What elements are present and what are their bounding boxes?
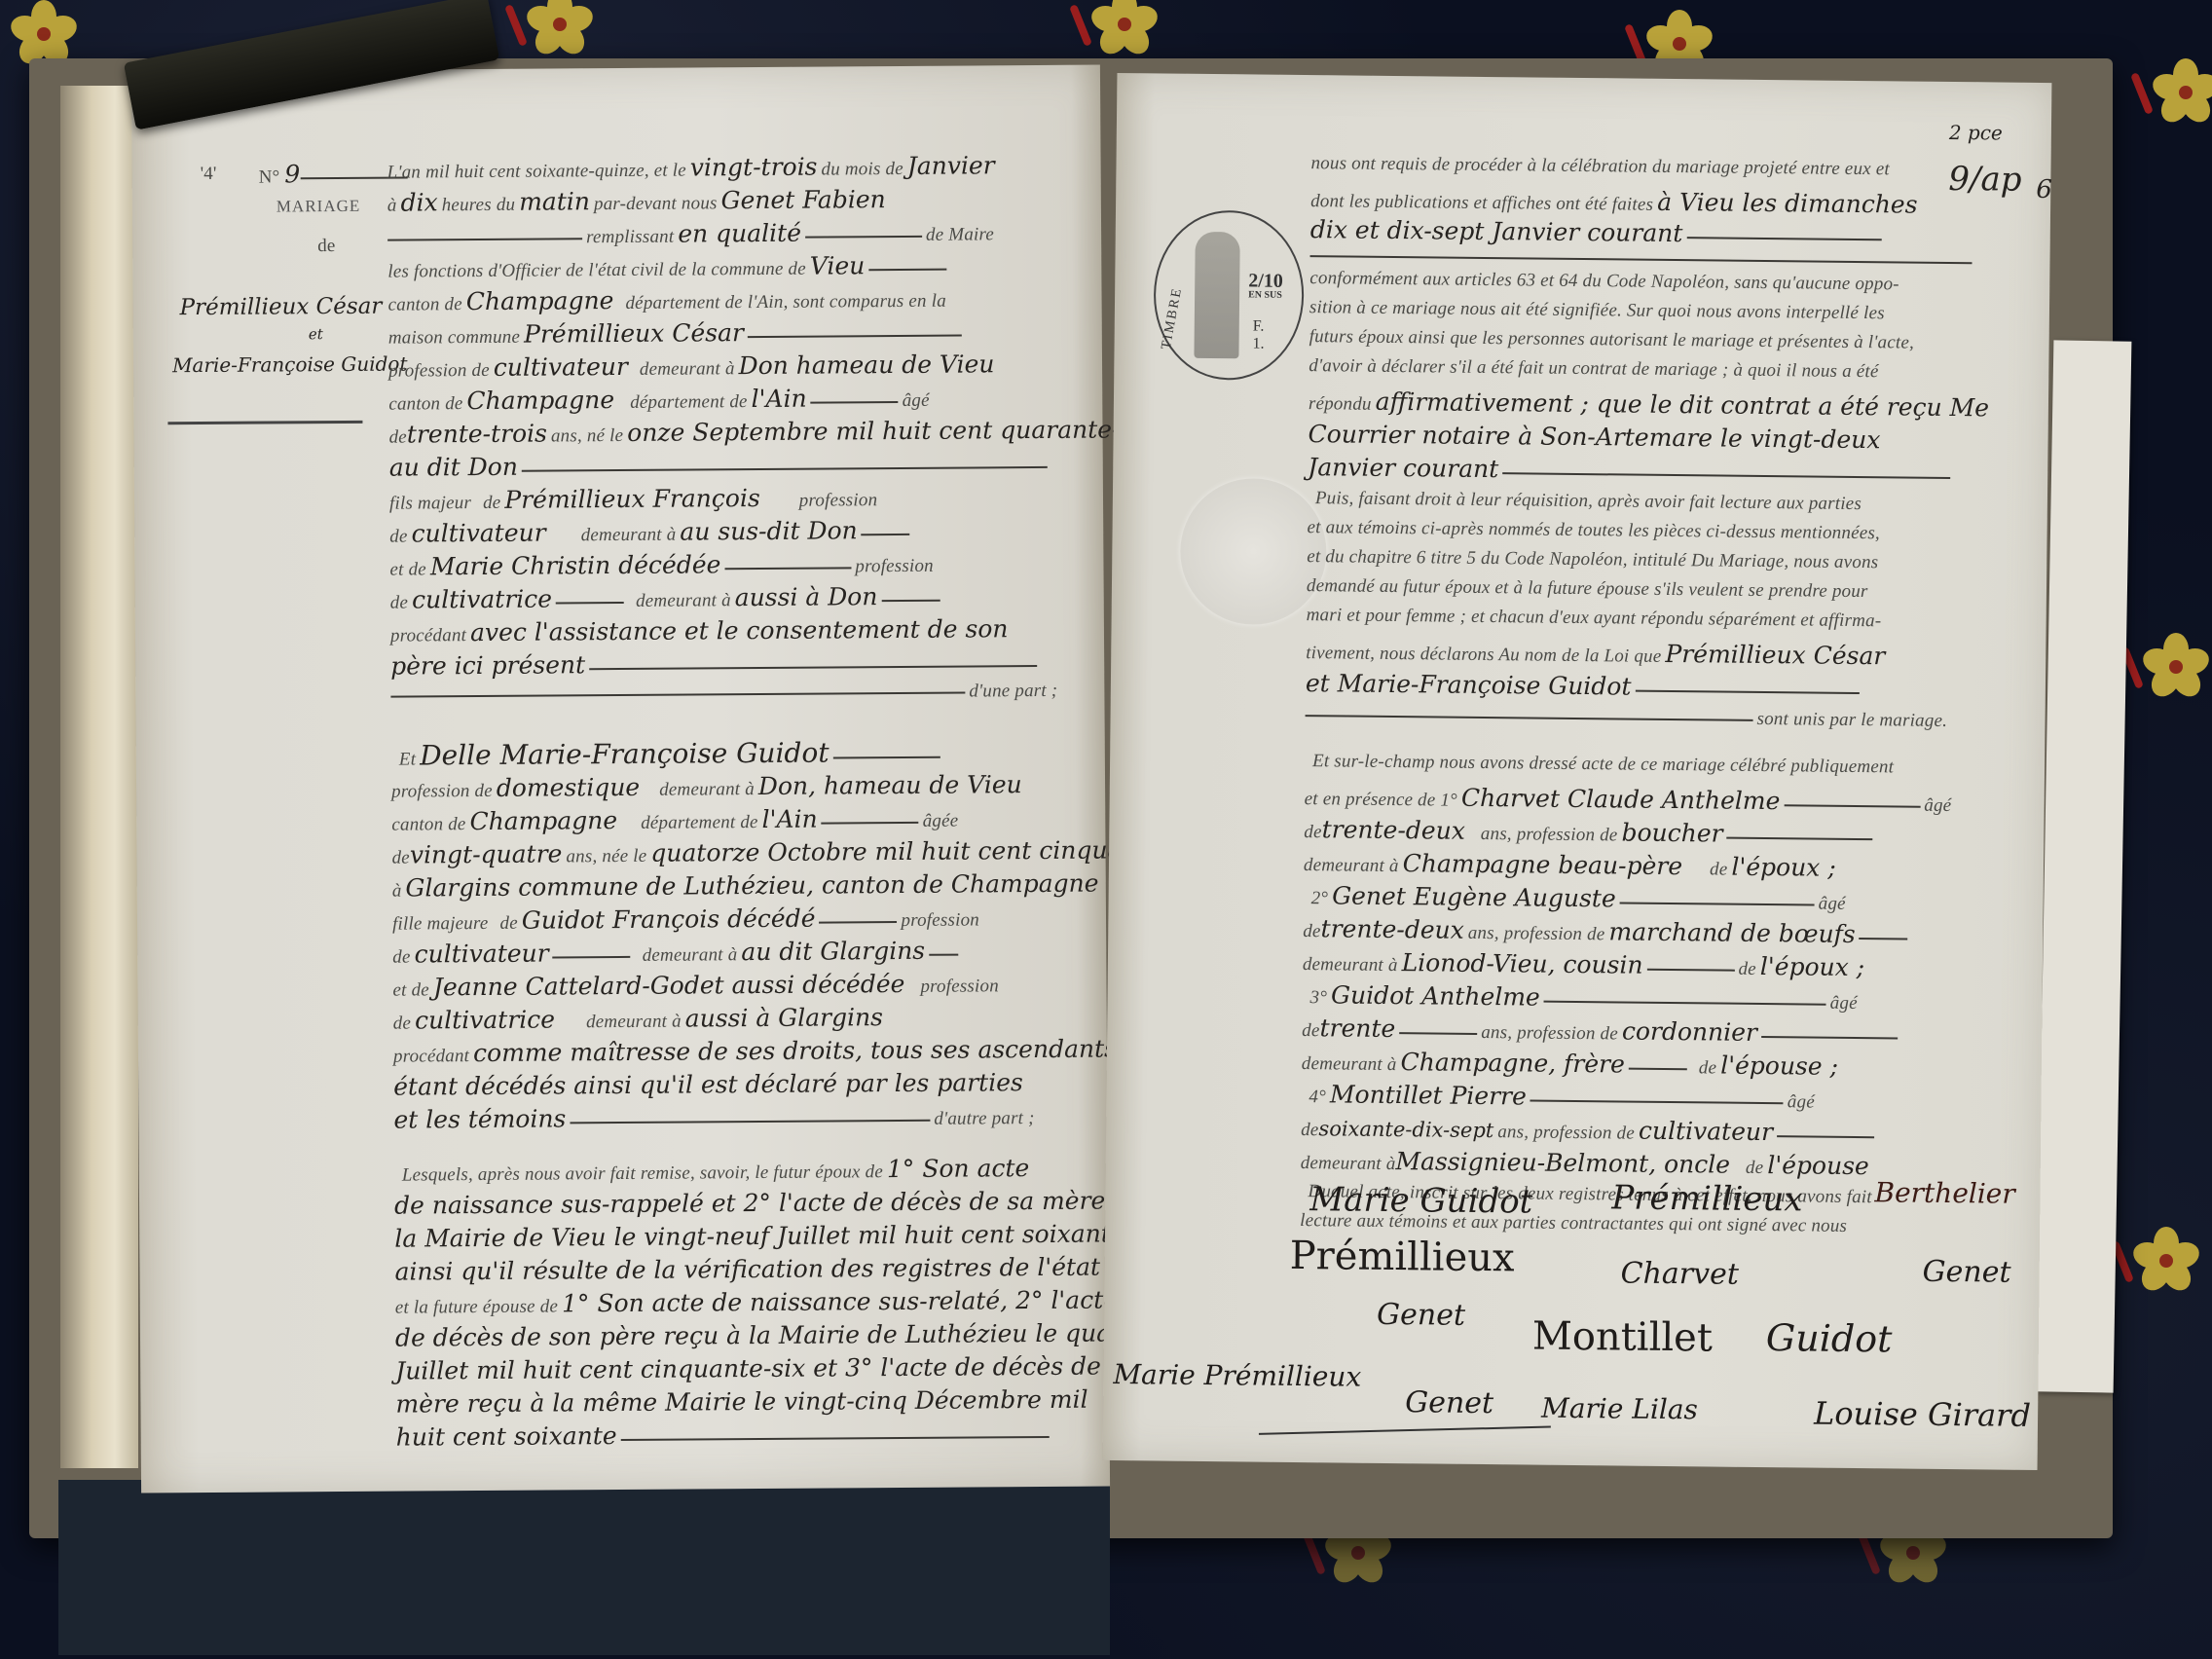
body-line: répondu affirmativement ; que le dit con…: [1309, 387, 1989, 422]
fabric-flower-icon: [526, 0, 594, 58]
body-line: les fonctions d'Officier de l'état civil…: [387, 251, 946, 283]
body-line: de cultivatrice demeurant à aussi à Glar…: [393, 1003, 883, 1035]
body-line: futurs époux ainsi que les personnes aut…: [1309, 326, 1915, 354]
body-line: Juillet mil huit cent cinquante-six et 3…: [395, 1351, 1135, 1384]
body-line: sont unis par le mariage.: [1305, 704, 1947, 732]
witness-line: demeurant àMassignieu-Belmont, oncle de …: [1301, 1146, 1869, 1180]
signature: Louise Girard: [1814, 1395, 2031, 1434]
record-number-label: N° 9: [259, 160, 408, 189]
body-line: L'an mil huit cent soixante-quinze, et l…: [387, 151, 995, 183]
witness-line: desoixante-dix-sept ans, profession de c…: [1301, 1113, 1874, 1147]
margin-divider: [167, 421, 362, 424]
left-page-body: L'an mil huit cent soixante-quinze, et l…: [387, 151, 1069, 156]
fabric-flower-icon: [2132, 1227, 2200, 1295]
body-line: procédant avec l'assistance et le consen…: [390, 614, 1009, 646]
embossed-seal: [1180, 478, 1328, 626]
body-line: père ici présent: [390, 647, 1037, 681]
folio-mark: 9/ap: [1948, 160, 2022, 200]
body-line: étant décédés ainsi qu'il est déclaré pa…: [393, 1068, 1023, 1101]
witness-line: detrente-deux ans, profession de marchan…: [1303, 914, 1908, 949]
body-line: et Marie-Françoise Guidot: [1306, 669, 1860, 703]
body-line: d'avoir à déclarer s'il a été fait un co…: [1309, 355, 1878, 383]
body-line: devingt-quatre ans, née le quatorze Octo…: [391, 835, 1161, 869]
body-line: Puis, faisant droit à leur réquisition, …: [1308, 488, 1862, 515]
body-line: et la future épouse de 1° Son acte de na…: [395, 1285, 1118, 1318]
body-line: canton de Champagne département de l'Ain…: [391, 804, 958, 836]
body-line: et de Marie Christin décédée profession: [389, 549, 934, 581]
folio-mark: 2 pce: [1949, 121, 2003, 145]
body-line: et de Jeanne Cattelard-Godet aussi décéd…: [392, 969, 999, 1001]
body-line: profession de domestique demeurant à Don…: [391, 770, 1022, 803]
body-line: maison commune Prémillieux César: [388, 317, 962, 350]
body-line: dix et dix-sept Janvier courant: [1310, 215, 1882, 249]
margin-bride-name: Marie-Françoise Guidot: [172, 352, 408, 378]
body-line: au dit Don: [389, 449, 1048, 482]
body-line: de cultivatrice demeurant à aussi à Don: [390, 582, 940, 614]
signature: Marie Prémillieux: [1113, 1358, 1361, 1393]
body-line: nous ont requis de procéder à la célébra…: [1310, 153, 1890, 180]
witness-line: demeurant à Champagne beau-père de l'épo…: [1304, 848, 1836, 882]
signature: Guidot: [1766, 1316, 1893, 1360]
body-line: mari et pour femme ; et chacun d'eux aya…: [1307, 605, 1882, 632]
body-line: Courrier notaire à Son-Artemare le vingt…: [1308, 420, 1880, 454]
signature: Genet: [1405, 1385, 1493, 1420]
signature: Charvet: [1620, 1256, 1739, 1291]
signature: Genet: [1377, 1298, 1465, 1333]
body-line: demandé au futur époux et à la future ép…: [1307, 575, 1868, 603]
body-line: Lesquels, après nous avoir fait remise, …: [394, 1154, 1030, 1187]
fabric-flower-icon: [1090, 0, 1159, 58]
body-line: à Glargins commune de Luthézieu, canton …: [392, 869, 1099, 903]
body-line: profession de cultivateur demeurant à Do…: [388, 350, 995, 382]
book-spine: [58, 1480, 1110, 1655]
tax-stamp: TIMBRE 2/10EN SUS F.1.: [1153, 209, 1305, 381]
signature: Marie Guidot: [1309, 1180, 1532, 1221]
body-line: et du chapitre 6 titre 5 du Code Napoléo…: [1307, 546, 1878, 573]
body-line: Janvier courant: [1308, 453, 1950, 488]
signature-flourish: [1259, 1426, 1551, 1435]
rule-line: [1310, 255, 1972, 264]
justice-figure-icon: [1194, 232, 1239, 358]
right-page: 2 pce 9/ap 6 TIMBRE 2/10EN SUS F.1. nous…: [1103, 73, 2052, 1470]
stamp-value: 2/10EN SUS: [1248, 271, 1283, 300]
body-line: de naissance sus-rappelé et 2° l'acte de…: [394, 1186, 1168, 1220]
body-line: Et Delle Marie-Françoise Guidot: [391, 736, 940, 772]
signature: Prémillieux: [1611, 1178, 1803, 1219]
fabric-flower-icon: [2142, 633, 2210, 701]
stamp-label: TIMBRE: [1160, 286, 1187, 351]
witness-line: 2° Genet Eugène Auguste âgé: [1304, 881, 1846, 915]
body-line: Et sur-le-champ nous avons dressé acte d…: [1305, 751, 1894, 778]
body-line: remplissant en qualité de Maire: [387, 217, 994, 249]
body-line: detrente-trois ans, né le onze Septembre…: [388, 415, 1151, 448]
body-line: de cultivateur demeurant à au dit Glargi…: [392, 937, 958, 969]
body-line: et aux témoins ci-après nommés de toutes…: [1307, 517, 1880, 544]
body-line: sition à ce mariage nous ait été signifi…: [1309, 297, 1885, 324]
body-line: à dix heures du matin par-devant nous Ge…: [387, 185, 886, 217]
signature: Prémillieux: [1290, 1234, 1515, 1280]
body-line: canton de Champagne département de l'Ain…: [387, 284, 945, 316]
folio-mark: 6: [2036, 175, 2052, 204]
witness-line: 4° Montillet Pierre âgé: [1301, 1080, 1815, 1114]
body-line: ainsi qu'il résulte de la vérification d…: [394, 1252, 1159, 1285]
witness-line: detrente-deux ans, profession de boucher: [1304, 815, 1872, 849]
witness-line: detrente ans, profession de cordonnier: [1302, 1014, 1898, 1048]
body-line: mère reçu à la même Mairie le vingt-cinq…: [395, 1385, 1088, 1419]
body-line: et les témoins d'autre part ;: [393, 1101, 1034, 1134]
body-line: dont les publications et affiches ont ét…: [1310, 184, 1918, 219]
signature: Genet: [1922, 1255, 2010, 1290]
margin-marker: '4': [201, 164, 217, 185]
body-line: procédant comme maîtresse de ses droits,…: [393, 1034, 1117, 1067]
margin-et: et: [309, 325, 323, 343]
body-line: de cultivateur demeurant à au sus-dit Do…: [389, 516, 910, 548]
witness-line: demeurant à Lionod-Vieu, cousin de l'épo…: [1303, 947, 1865, 981]
body-line: tivement, nous déclarons Au nom de la Lo…: [1306, 636, 1885, 670]
signature: Berthelier: [1874, 1176, 2015, 1210]
fabric-flower-icon: [2152, 58, 2212, 127]
margin-groom-name: Prémillieux César: [180, 294, 383, 320]
body-line: conformément aux articles 63 et 64 du Co…: [1309, 268, 1899, 295]
witness-line: et en présence de 1° Charvet Claude Anth…: [1305, 782, 1952, 817]
stamp-amount: F.1.: [1252, 317, 1264, 352]
body-line: fils majeur de Prémillieux François prof…: [389, 483, 877, 514]
heading-mariage: MARIAGE: [276, 197, 360, 217]
heading-de: de: [317, 236, 335, 257]
body-line: canton de Champagne département de l'Ain…: [388, 384, 930, 416]
signature: Montillet: [1532, 1314, 1713, 1361]
left-page: '4' N° 9 MARIAGE de Prémillieux César et…: [131, 65, 1110, 1493]
number-label: N°: [259, 166, 280, 187]
body-line: de décès de son père reçu à la Mairie de…: [395, 1318, 1147, 1351]
body-line: d'une part ;: [390, 681, 1057, 707]
body-line: huit cent soixante: [396, 1419, 1050, 1452]
signature: Marie Lilas: [1541, 1392, 1698, 1426]
witness-line: 3° Guidot Anthelme âgé: [1302, 980, 1858, 1014]
witness-line: demeurant à Champagne, frère de l'épouse…: [1302, 1047, 1838, 1081]
body-line: la Mairie de Vieu le vingt-neuf Juillet …: [394, 1219, 1125, 1252]
right-page-body: nous ont requis de procéder à la célébra…: [1311, 153, 1973, 160]
page-edges: [60, 86, 138, 1468]
record-number: 9: [284, 160, 300, 188]
body-line: fille majeure de Guidot François décédé …: [392, 903, 979, 935]
